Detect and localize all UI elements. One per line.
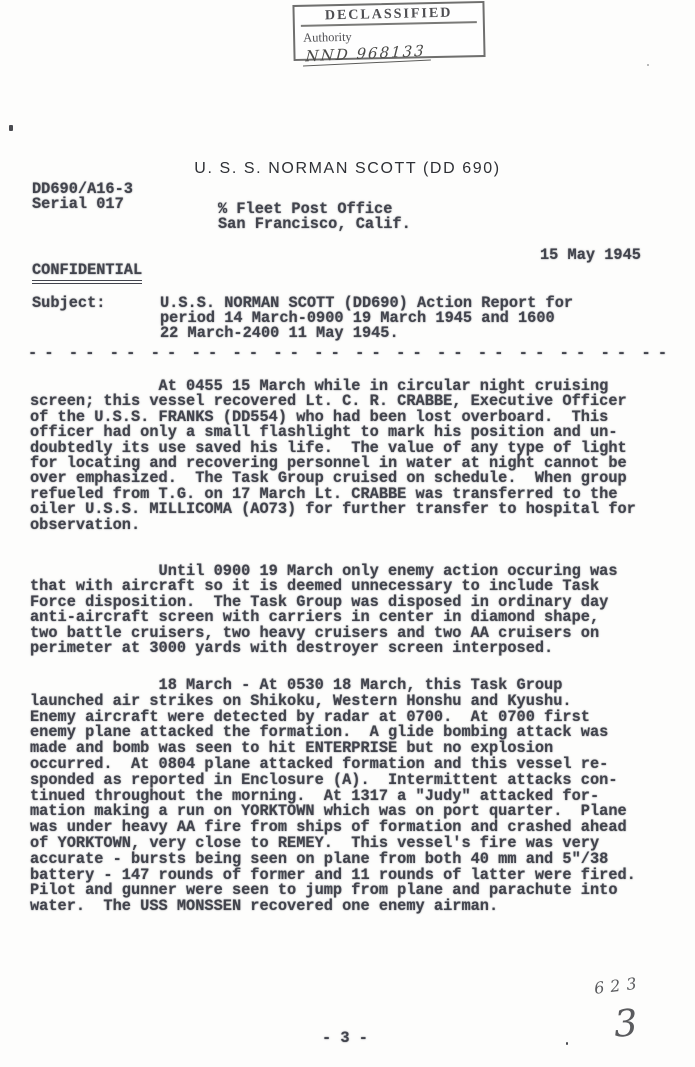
serial-number: Serial 017 bbox=[32, 195, 124, 213]
document-date: 15 May 1945 bbox=[540, 248, 641, 263]
ship-title: U. S. S. NORMAN SCOTT (DD 690) bbox=[0, 160, 695, 178]
scan-speck bbox=[647, 64, 649, 66]
classification-block: CONFIDENTIAL bbox=[32, 263, 142, 278]
handwritten-page-number: 3 bbox=[613, 1001, 639, 1046]
body-paragraph-1: At 0455 15 March while in circular night… bbox=[30, 379, 636, 533]
scan-speck bbox=[566, 1042, 568, 1045]
handwritten-number-623: 623 bbox=[593, 973, 644, 998]
classification-label: CONFIDENTIAL bbox=[32, 261, 142, 284]
stamp-authority: Authority NND 968133 bbox=[295, 27, 484, 65]
scan-speck bbox=[9, 125, 13, 131]
body-paragraph-2: Until 0900 19 March only enemy action oc… bbox=[30, 564, 618, 656]
address-line2: San Francisco, Calif. bbox=[218, 215, 411, 233]
page-number: - 3 - bbox=[322, 1031, 368, 1046]
declassified-stamp: DECLASSIFIED Authority NND 968133 bbox=[292, 1, 485, 61]
subject-label: Subject: bbox=[32, 296, 105, 311]
document-page: DECLASSIFIED Authority NND 968133 U. S. … bbox=[0, 0, 695, 1067]
address-block: % Fleet Post OfficeSan Francisco, Calif. bbox=[218, 202, 411, 233]
dashed-separator: - - - - - - - - - - - - - - - - - - - - … bbox=[28, 346, 666, 361]
file-number-block: DD690/A16-3Serial 017 bbox=[32, 182, 133, 213]
stamp-authority-label: Authority bbox=[303, 30, 352, 45]
stamp-title: DECLASSIFIED bbox=[300, 3, 476, 27]
subject-text: U.S.S. NORMAN SCOTT (DD690) Action Repor… bbox=[160, 296, 573, 341]
stamp-authority-value: NND 968133 bbox=[303, 41, 432, 66]
body-paragraph-3: 18 March - At 0530 18 March, this Task G… bbox=[30, 678, 636, 915]
